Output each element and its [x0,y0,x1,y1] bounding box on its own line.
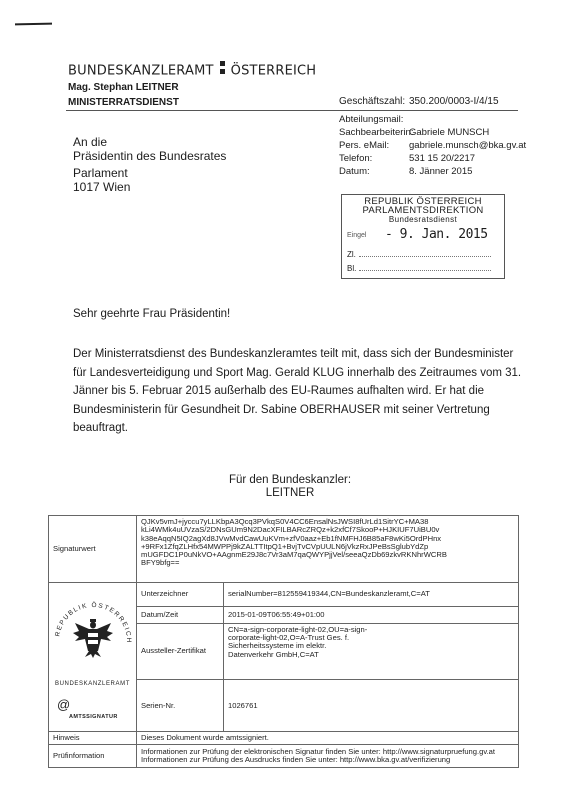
author-name: Mag. Stephan LEITNER [68,82,179,93]
stamp-date: - 9. Jan. 2015 [385,227,488,242]
check-line-printout[interactable]: Informationen zur Prüfung des Ausdrucks … [141,756,514,764]
contact-meta: Abteilungsmail: Sachbearbeiterin:Gabriel… [339,113,526,178]
eagle-seal-icon: REPUBLIK ÖSTERREICH [49,583,137,683]
fold-mark [15,23,52,26]
signer-value: serialNumber=812559419344,CN=Bundeskanzl… [224,583,519,607]
signature-table: Signaturwert QJKv5vmJ+jyccu7yLLKbpA3Qcq3… [48,515,519,768]
stamp-header: REPUBLIK ÖSTERREICH PARLAMENTSDIREKTION [342,197,504,215]
closing: Für den Bundeskanzler: LEITNER [160,474,420,500]
hint-label: Hinweis [49,732,137,745]
issuer-label: Aussteller-Zertifikat [137,623,224,679]
greeting: Sehr geehrte Frau Präsidentin! [73,308,230,320]
check-label: Prüfinformation [49,745,137,768]
serial-value: 1026761 [224,680,519,732]
sigvalue-label: Signaturwert [49,516,137,583]
hint-value: Dieses Dokument wurde amtssigniert. [137,732,519,745]
table-row: Signaturwert QJKv5vmJ+jyccu7yLLKbpA3Qcq3… [49,516,519,583]
signer-label: Unterzeichner [137,583,224,607]
reference-value: 350.200/0003-I/4/15 [409,96,499,107]
reference-label: Geschäftszahl: [339,96,405,107]
email-link[interactable]: gabriele.munsch@bka.gv.at [409,139,526,152]
logo-org-right: ÖSTERREICH [231,64,317,79]
official-seal: REPUBLIK ÖSTERREICH BUNDESKANZLERAMT @ A… [49,583,137,732]
at-sign-icon: @ [57,701,70,709]
seal-org: BUNDESKANZLERAMT [49,680,136,688]
received-stamp: REPUBLIK ÖSTERREICH PARLAMENTSDIREKTION … [341,194,505,279]
meta-row: Telefon:531 15 20/2217 [339,152,526,165]
header-divider [66,110,518,111]
letter-body: Der Ministerratsdienst des Bundeskanzler… [73,345,523,438]
meta-row: Datum:8. Jänner 2015 [339,165,526,178]
sigvalue: QJKv5vmJ+jyccu7yLLKbpA3Qcq3PVkqS0V4CC6En… [137,516,519,583]
meta-row: Abteilungsmail: [339,113,526,126]
check-info: Informationen zur Prüfung der elektronis… [137,745,519,768]
table-row: Prüfinformation Informationen zur Prüfun… [49,745,519,768]
recipient-address: An die Präsidentin des Bundesrates [73,135,226,163]
serial-label: Serien-Nr. [137,680,224,732]
seal-label: AMTSSIGNATUR [69,713,118,721]
department-name: MINISTERRATSDIENST [68,97,179,108]
datetime-label: Datum/Zeit [137,607,224,624]
letterhead-logo: BUNDESKANZLERAMTÖSTERREICH [68,63,316,79]
table-row: REPUBLIK ÖSTERREICH BUNDESKANZLERAMT @ A… [49,583,519,607]
meta-row: Pers. eMail:gabriele.munsch@bka.gv.at [339,139,526,152]
recipient-location: Parlament 1017 Wien [73,166,130,194]
logo-org-left: BUNDESKANZLERAMT [68,64,214,79]
issuer-value: CN=a-sign-corporate-light-02,OU=a-sign-c… [224,623,519,679]
logo-mark-icon [220,61,226,77]
meta-row: Sachbearbeiterin:Gabriele MUNSCH [339,126,526,139]
datetime-value: 2015-01-09T06:55:49+01:00 [224,607,519,624]
table-row: Hinweis Dieses Dokument wurde amtssignie… [49,732,519,745]
